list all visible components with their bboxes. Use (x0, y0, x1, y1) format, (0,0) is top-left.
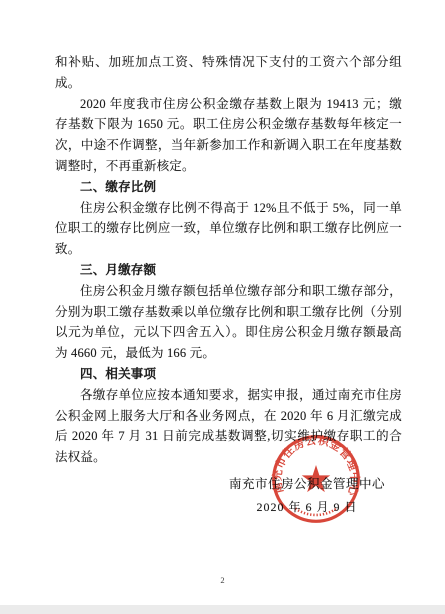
signature-block: 南充市住房公积金管理中心 2020 年 6 月 9 日 (229, 477, 385, 514)
paragraph: 住房公积金月缴存额包括单位缴存部分和职工缴存部分，分别为职工缴存基数乘以单位缴存… (55, 281, 402, 364)
scanned-document-page: 和补贴、加班加点工资、特殊情况下支付的工资六个部分组成。 2020 年度我市住房… (0, 0, 445, 614)
section-heading-monthly-amount: 三、月缴存额 (55, 260, 402, 281)
paragraph: 和补贴、加班加点工资、特殊情况下支付的工资六个部分组成。 (55, 52, 402, 94)
page-number: 2 (0, 575, 445, 585)
issuing-organization: 南充市住房公积金管理中心 (229, 477, 385, 492)
section-heading-related-matters: 四、相关事项 (55, 364, 402, 385)
issue-date: 2020 年 6 月 9 日 (229, 500, 385, 514)
paragraph: 住房公积金缴存比例不得高于 12%且不低于 5%，同一单位职工的缴存比例应一致，… (55, 198, 402, 260)
page-bottom-edge (0, 605, 445, 614)
paragraph: 各缴存单位应按本通知要求，据实申报，通过南充市住房公积金网上服务大厅和各业务网点… (55, 385, 402, 468)
document-body: 和补贴、加班加点工资、特殊情况下支付的工资六个部分组成。 2020 年度我市住房… (55, 52, 402, 468)
section-heading-deposit-ratio: 二、缴存比例 (55, 177, 402, 198)
paragraph: 2020 年度我市住房公积金缴存基数上限为 19413 元；缴存基数下限为 16… (55, 94, 402, 177)
